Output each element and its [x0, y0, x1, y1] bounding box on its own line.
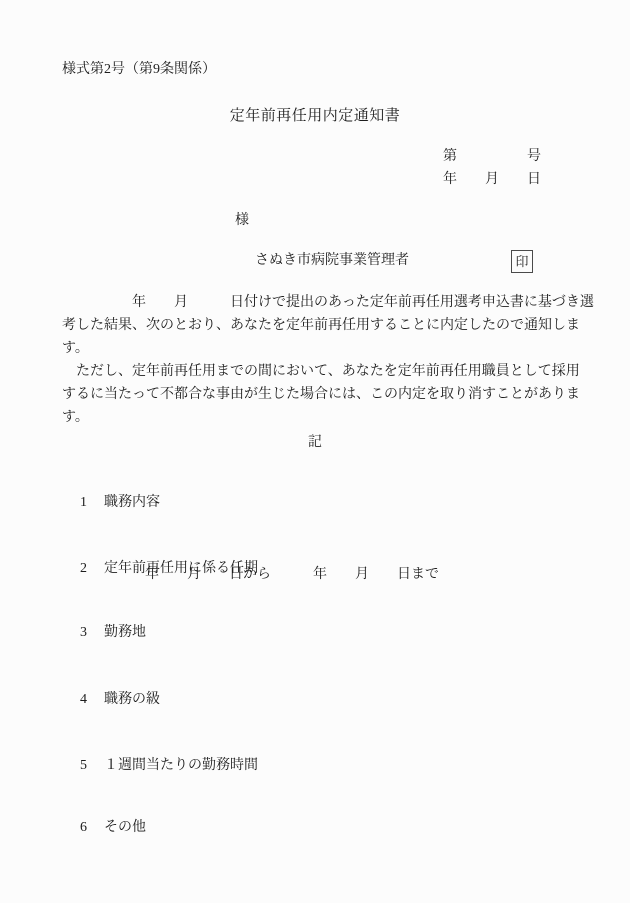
form-number: 様式第2号（第9条関係） — [62, 61, 216, 79]
document-page: 様式第2号（第9条関係） 定年前再任用内定通知書 第 号 年 月 日 様 さぬき… — [0, 0, 630, 903]
item-2-term-blank-line: 年 月 日から 年 月 日まで — [145, 566, 439, 584]
addressee-honorific: 様 — [235, 212, 249, 230]
item-5-label: １週間当たりの勤務時間 — [104, 758, 258, 773]
document-title: 定年前再任用内定通知書 — [0, 107, 630, 126]
item-1-label: 職務内容 — [104, 495, 160, 510]
item-3-label: 勤務地 — [104, 625, 146, 640]
list-item-6: 6その他 — [66, 801, 146, 854]
issuer-name: さぬき市病院事業管理者 — [255, 252, 409, 270]
item-4-number: 4 — [80, 691, 104, 709]
list-item-3: 3勤務地 — [66, 606, 146, 659]
item-2-number: 2 — [80, 560, 104, 578]
list-item-4: 4職務の級 — [66, 673, 160, 726]
seal-mark: 印 — [511, 250, 533, 273]
document-date-line: 年 月 日 — [443, 171, 541, 189]
item-3-number: 3 — [80, 624, 104, 642]
item-6-number: 6 — [80, 819, 104, 837]
item-4-label: 職務の級 — [104, 692, 160, 707]
itemization-marker: 記 — [0, 434, 630, 452]
list-item-1: 1職務内容 — [66, 476, 160, 529]
item-5-number: 5 — [80, 757, 104, 775]
body-paragraph-1: 年 月 日付けで提出のあった定年前再任用選考申込書に基づき選 考した結果、次のと… — [62, 291, 602, 360]
item-1-number: 1 — [80, 494, 104, 512]
body-paragraph-2: ただし、定年前再任用までの間において、あなたを定年前再任用職員として採用 するに… — [62, 360, 602, 429]
document-number-line: 第 号 — [443, 148, 541, 166]
item-6-label: その他 — [104, 820, 146, 835]
list-item-5: 5１週間当たりの勤務時間 — [66, 739, 258, 792]
